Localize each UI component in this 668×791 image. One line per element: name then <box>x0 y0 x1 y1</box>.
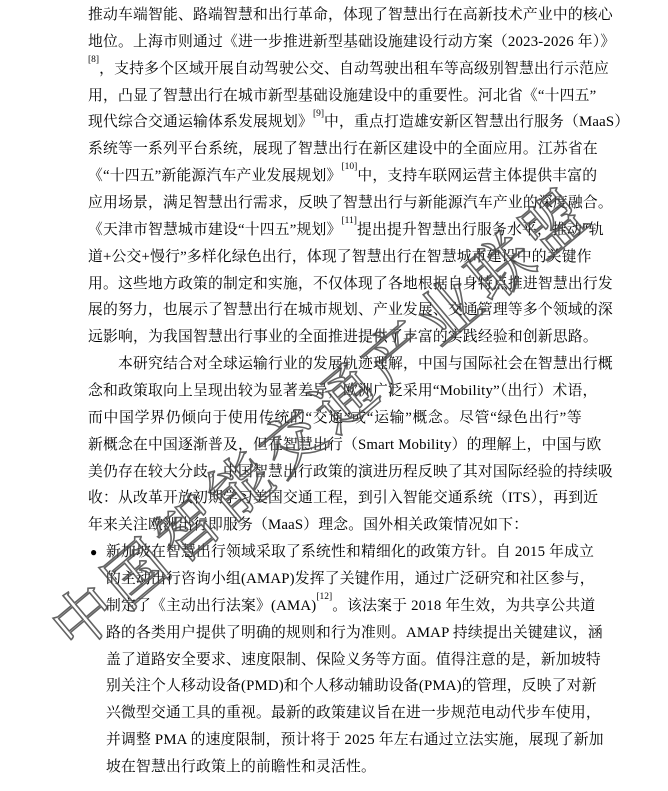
text-column: 推动车端智能、路端智慧和出行革命，体现了智慧出行在高新技术产业中的核心地位。上海… <box>88 2 582 781</box>
paragraph: 本研究结合对全球运输行业的发展轨迹理解，中国与国际社会在智慧出行概念和政策取向上… <box>88 351 582 539</box>
citation-ref: [9] <box>313 109 324 119</box>
citation-ref: [12] <box>316 592 332 602</box>
text-line: 用。这些地方政策的制定和实施，不仅体现了各地根据自身特点推进智慧出行发 <box>88 271 582 298</box>
text-line: 路的各类用户提供了明确的规则和行为准则。AMAP 持续提出关键建议，涵 <box>106 620 582 647</box>
text-line: 地位。上海市则通过《进一步推进新型基础设施建设行动方案（2023-2026 年）… <box>88 29 582 56</box>
citation-ref: [10] <box>342 162 358 172</box>
text-line: 道+公交+慢行”多样化绿色出行，体现了智慧出行在智慧城市建设中的关键作 <box>88 244 582 271</box>
text-line: 新概念在中国逐渐普及，但在智慧出行（Smart Mobility）的理解上，中国… <box>88 432 582 459</box>
text-line: 的主动出行咨询小组(AMAP)发挥了关键作用，通过广泛研究和社区参与， <box>106 566 582 593</box>
text-line: 别关注个人移动设备(PMD)和个人移动辅助设备(PMA)的管理，反映了对新 <box>106 673 582 700</box>
text-line: 年来关注欧洲出行即服务（MaaS）理念。国外相关政策情况如下： <box>88 512 582 539</box>
text-line: 收：从改革开放初期学习美国交通工程，到引入智能交通系统（ITS），再到近 <box>88 485 582 512</box>
text-line: 用，凸显了智慧出行在城市新型基础设施建设中的重要性。河北省《“十四五” <box>88 83 582 110</box>
text-line: 制定了《主动出行法案》(AMA)[12]。该法案于 2018 年生效，为共享公共… <box>106 593 582 620</box>
text-line: 美仍存在较大分歧。中国智慧出行政策的演进历程反映了其对国际经验的持续吸 <box>88 459 582 486</box>
text-line: 念和政策取向上呈现出较为显著差异，欧洲广泛采用“Mobility”（出行）术语， <box>88 378 582 405</box>
document-page: 中国智能交通产业联盟 推动车端智能、路端智慧和出行革命，体现了智慧出行在高新技术… <box>0 0 668 791</box>
paragraph: 推动车端智能、路端智慧和出行革命，体现了智慧出行在高新技术产业中的核心地位。上海… <box>88 2 582 351</box>
text-line: 展的努力，也展示了智慧出行在城市规划、产业发展、交通管理等多个领域的深 <box>88 297 582 324</box>
text-line: 远影响，为我国智慧出行事业的全面推进提供了丰富的实践经验和创新思路。 <box>88 324 582 351</box>
citation-ref: [11] <box>342 216 357 226</box>
text-line: [8]，支持多个区域开展自动驾驶公交、自动驾驶出租车等高级别智慧出行示范应 <box>88 56 582 83</box>
bullet-marker: ● <box>90 539 97 566</box>
text-line: 本研究结合对全球运输行业的发展轨迹理解，中国与国际社会在智慧出行概 <box>88 351 582 378</box>
bullet-item: ●新加坡在智慧出行领域采取了系统性和精细化的政策方针。自 2015 年成立的主动… <box>88 539 582 781</box>
citation-ref: [8] <box>88 55 99 65</box>
text-line: 系统等一系列平台系统，展现了智慧出行在新区建设中的全面应用。江苏省在 <box>88 136 582 163</box>
text-line: 《“十四五”新能源汽车产业发展规划》[10]中，支持车联网运营主体提供丰富的 <box>88 163 582 190</box>
text-line: 并调整 PMA 的速度限制，预计将于 2025 年左右通过立法实施，展现了新加 <box>106 727 582 754</box>
text-line: 而中国学界仍倾向于使用传统的“交通”或“运输”概念。尽管“绿色出行”等 <box>88 405 582 432</box>
text-line: 《天津市智慧城市建设“十四五”规划》[11]提出提升智慧出行服务水平，推动“轨 <box>88 217 582 244</box>
text-line: 兴微型交通工具的重视。最新的政策建议旨在进一步规范电动代步车使用， <box>106 700 582 727</box>
text-line: 坡在智慧出行政策上的前瞻性和灵活性。 <box>106 754 582 781</box>
text-line: 现代综合交通运输体系发展规划》[9]中，重点打造雄安新区智慧出行服务（MaaS） <box>88 109 582 136</box>
text-line: 推动车端智能、路端智慧和出行革命，体现了智慧出行在高新技术产业中的核心 <box>88 2 582 29</box>
text-line: 盖了道路安全要求、速度限制、保险义务等方面。值得注意的是，新加坡特 <box>106 647 582 674</box>
text-line: 应用场景，满足智慧出行需求，反映了智慧出行与新能源汽车产业的深度融合。 <box>88 190 582 217</box>
text-line: 新加坡在智慧出行领域采取了系统性和精细化的政策方针。自 2015 年成立 <box>106 539 582 566</box>
